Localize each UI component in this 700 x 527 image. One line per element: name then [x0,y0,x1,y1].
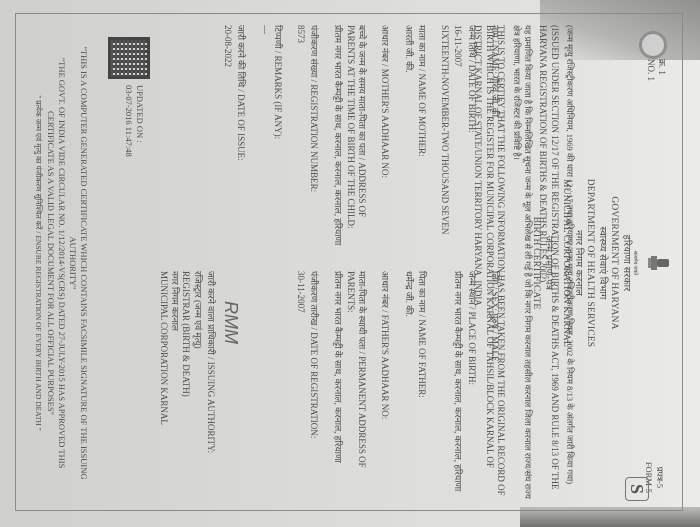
footer-note-3: " प्रत्येक जन्म एवं मृत्यु का पंजीकरण सु… [34,33,43,493]
field-date-of-issue: जारी करने की तिथि / DATE OF ISSUE: 20-08… [158,25,247,255]
name-value: गौरव जी. की. [490,76,500,119]
mother-value: आरती जी. की. [403,25,414,255]
issued-en: (ISSUED UNDER SECTION 12/17 OF THE REGIS… [537,25,560,501]
updated-on: UPDATED ON : 03-07-2016 11:47:48 [123,85,145,157]
national-emblem-icon [643,252,671,274]
footer-note-2: "THE GOVT. OF INDIA VIDE CIRCULAR NO. 1/… [45,33,67,493]
father-value: धर्मेन्द्र जी. की. [403,271,414,501]
dob-words: SIXTEENTH-NOVEMBER-TWO THOUSAND SEVEN [439,25,450,255]
birth-certificate: क्र. 1 NO. 1 प्रपत्र-5 FORM-5 S सत्यमेव … [5,3,695,523]
field-remarks: टिप्पणी / REMARKS (IF ANY): — [259,25,284,255]
qr-code [108,37,150,79]
address-birth-value: प्रीतम नगर भारत कैम्पट्टी के साथ, करनाल,… [332,25,343,255]
certificate-footer: "THIS IS A COMPUTER GENERATED CERTIFICAT… [45,33,89,493]
field-address-birth: बच्चे के जन्म के समय माता-पिता का पता / … [332,25,368,255]
field-registration-number: पंजीकरण संख्या / REGISTRATION NUMBER: 85… [295,25,320,255]
field-dob: जन्म तिथि / DATE OF BIRTH: 16-11-2007 SI… [439,25,477,255]
emblem-caption: सत्यमेव जयते [631,3,637,523]
field-address-permanent: माता-पिता के स्थायी पता / PERMANENT ADDR… [332,271,368,501]
footer-note-1: "THIS IS A COMPUTER GENERATED CERTIFICAT… [67,33,89,493]
registration-date-value: 30-11-2007 [295,271,306,501]
date-of-issue-value: 20-08-2022 [222,25,233,255]
updated-on-value: 03-07-2016 11:47:48 [123,85,134,157]
issued-hi: (जन्म मृत्यु रजिस्ट्रीकरण अधिनियम, 1969 … [564,25,575,501]
sex-value: पुरुष / MALE [490,313,500,361]
field-registration-date: पंजीकरण तारीख / DATE OF REGISTRATION: 30… [295,271,320,501]
registration-number-value: 8573 [295,25,306,255]
field-name: नाम / NAME: गौरव जी. की. [489,25,500,255]
pob-value: प्रीतम नगर भारत कैम्पट्टी के साथ, करनाल,… [452,271,463,501]
signature: RMM [220,301,243,501]
govt-en: GOVERNMENT OF HARYANA [607,3,619,523]
field-issuing-authority: RMM जारी करने वाला प्राधिकारी / ISSUING … [158,271,247,501]
field-father-aadhaar: आधार नंबर / FATHER'S AADHAAR NO: [379,271,390,501]
certificate-fields: नाम / NAME: गौरव जी. की. लिंग / SEX: पुर… [146,25,500,501]
govt-hi: हरियाणा सरकार [619,3,631,523]
field-mother: माता का नाम / NAME OF MOTHER: आरती जी. क… [403,25,428,255]
field-pob: जन्म स्थान / PLACE OF BIRTH: प्रीतम नगर … [439,271,477,501]
dept-en: DEPARTMENT OF HEALTH SERVICES [583,3,595,523]
field-sex: लिंग / SEX: पुरुष / MALE [489,271,500,501]
dob-value: 16-11-2007 [452,25,463,255]
field-mother-aadhaar: आधार नंबर / MOTHER'S AADHAAR NO: [379,25,390,255]
dept-hi: स्वास्थ्य सेवाएं विभाग [595,3,607,523]
certify-hi: यह प्रमाणित किया जाता है कि निम्नलिखित स… [510,25,532,501]
field-father: पिता का नाम / NAME OF FATHER: धर्मेन्द्र… [403,271,428,501]
address-permanent-value: प्रीतम नगर भारत कैम्पट्टी के साथ, करनाल,… [332,271,343,501]
